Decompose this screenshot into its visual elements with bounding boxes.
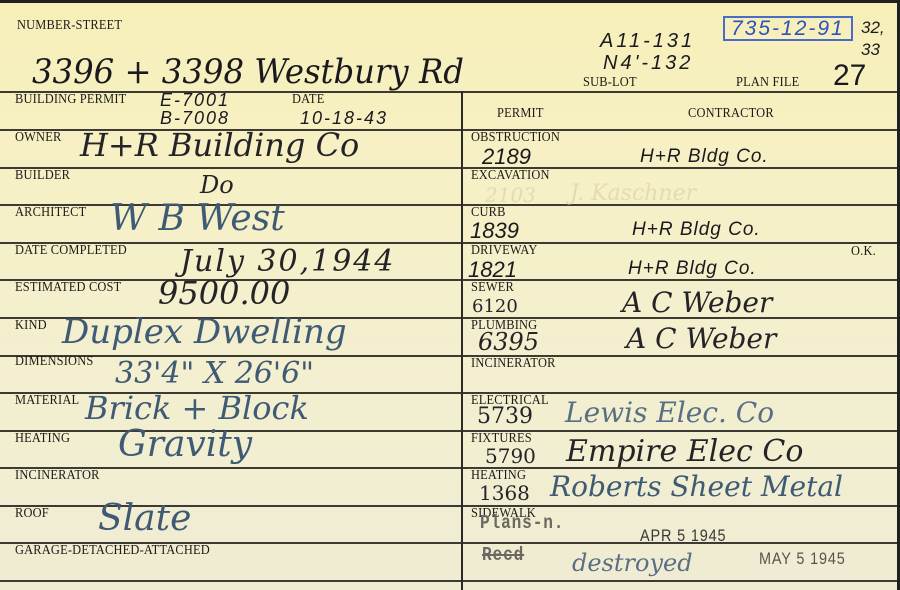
permit-driveway-number: 1821 (468, 259, 517, 281)
heating-label: HEATING (15, 430, 70, 446)
material-label: MATERIAL (15, 392, 79, 408)
roof-value: Slate (98, 501, 191, 537)
builder-value: Do (200, 173, 234, 197)
building-permit-value-2: B-7008 (160, 109, 230, 127)
rule-line (0, 279, 900, 281)
architect-value: W B West (110, 201, 285, 237)
plans-date-stamp: APR 5 1945 (640, 526, 726, 546)
contractor-column-header: CONTRACTOR (688, 105, 774, 121)
permit-curb-contractor: H+R Bldg Co. (632, 220, 761, 239)
dimensions-value: 33'4" X 26'6" (115, 359, 314, 389)
material-value: Brick + Block (85, 392, 309, 424)
column-divider (461, 91, 463, 590)
permit-curb-number: 1839 (470, 220, 519, 242)
building-permit-label: BUILDING PERMIT (15, 91, 126, 107)
date-completed-value: July 30,1944 (180, 247, 395, 277)
permit-plumbing-number: 6395 (478, 330, 539, 354)
permit-sewer-contractor: A C Weber (622, 289, 772, 317)
rule-line (0, 242, 900, 244)
permit-driveway-label: DRIVEWAY (471, 242, 538, 258)
kind-value: Duplex Dwelling (62, 315, 347, 349)
record-date-stamp: MAY 5 1945 (759, 549, 846, 569)
permit-sewer-label: SEWER (471, 279, 514, 295)
sub-lot-label: SUB-LOT (583, 74, 637, 90)
permit-heating-number: 1368 (479, 483, 530, 503)
garage-label: GARAGE-DETACHED-ATTACHED (15, 542, 210, 558)
permit-electrical-contractor: Lewis Elec. Co (565, 399, 774, 427)
roof-label: ROOF (15, 505, 49, 521)
rule-line (0, 580, 900, 582)
rule-line (0, 167, 900, 169)
date-value: 10-18-43 (300, 109, 388, 127)
permit-excavation-number: 2103 (485, 185, 536, 205)
side-number-2: 33 (861, 41, 880, 58)
permit-incinerator-label: INCINERATOR (471, 355, 556, 371)
architect-label: ARCHITECT (15, 204, 86, 220)
permit-excavation-contractor: J. Kaschner (570, 183, 696, 205)
permit-driveway-note: O.K. (851, 243, 876, 259)
permit-plumbing-contractor: A C Weber (626, 325, 776, 353)
number-street-label: NUMBER-STREET (17, 17, 122, 33)
owner-value: H+R Building Co (80, 129, 359, 161)
permit-sewer-number: 6120 (472, 298, 518, 316)
kind-label: KIND (15, 317, 47, 333)
plans-stamp: Plans-n. (480, 512, 564, 534)
incinerator-label: INCINERATOR (15, 467, 100, 483)
builder-label: BUILDER (15, 167, 70, 183)
estimated-cost-value: 9500.00 (158, 277, 290, 309)
permit-obstruction-label: OBSTRUCTION (471, 129, 560, 145)
plan-file-value: 27 (833, 61, 866, 91)
permit-obstruction-contractor: H+R Bldg Co. (640, 147, 769, 166)
lot-number-1: A11-131 (600, 31, 695, 51)
owner-label: OWNER (15, 129, 61, 145)
permit-obstruction-number: 2189 (482, 146, 531, 168)
building-permit-value-1: E-7001 (160, 91, 230, 109)
building-record-card: NUMBER-STREET 3396 + 3398 Westbury Rd A1… (0, 0, 900, 590)
lot-number-2: N4'-132 (603, 53, 693, 73)
permit-electrical-number: 5739 (477, 406, 533, 428)
plan-file-label: PLAN FILE (736, 74, 799, 90)
permit-column-header: PERMIT (497, 105, 544, 121)
side-number-1: 32, (861, 19, 885, 36)
dimensions-label: DIMENSIONS (15, 353, 93, 369)
permit-excavation-label: EXCAVATION (471, 167, 550, 183)
boxed-number: 735-12-91 (723, 16, 853, 41)
record-stamp: Recd (482, 544, 524, 566)
destroyed-note: destroyed (572, 551, 693, 575)
permit-heating-contractor: Roberts Sheet Metal (550, 473, 843, 501)
date-completed-label: DATE COMPLETED (15, 242, 127, 258)
permit-fixtures-contractor: Empire Elec Co (566, 437, 803, 467)
date-label: DATE (292, 91, 324, 107)
permit-fixtures-number: 5790 (485, 446, 536, 466)
estimated-cost-label: ESTIMATED COST (15, 279, 121, 295)
heating-value: Gravity (118, 427, 252, 463)
address-value: 3396 + 3398 Westbury Rd (32, 55, 464, 89)
permit-driveway-contractor: H+R Bldg Co. (628, 259, 757, 278)
